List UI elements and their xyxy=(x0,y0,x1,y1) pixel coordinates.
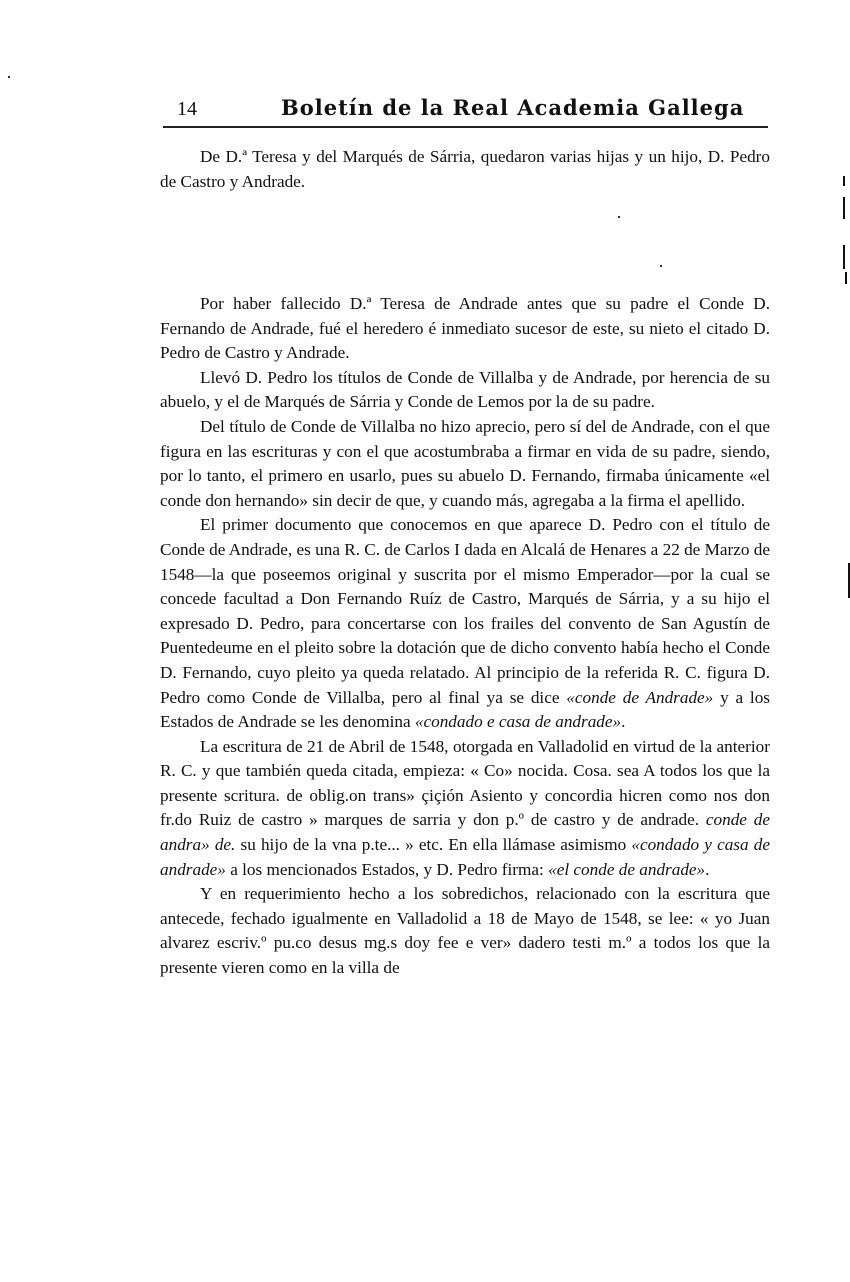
text-run: a los mencionados Estados, y D. Pedro fi… xyxy=(226,860,548,879)
italic-quote: «condado e casa de andrade» xyxy=(415,712,621,731)
scan-margin-mark xyxy=(845,272,847,284)
text-run: Llevó D. Pedro los títulos de Conde de V… xyxy=(160,368,770,412)
paragraph: Y en requerimiento hecho a los sobredich… xyxy=(160,882,770,980)
text-run: Y en requerimiento hecho a los sobredich… xyxy=(160,884,770,977)
text-run: De D.ª Teresa y del Marqués de Sárria, q… xyxy=(160,147,770,191)
scan-speck xyxy=(8,76,10,78)
scan-speck xyxy=(660,265,662,267)
text-run: . xyxy=(621,712,625,731)
text-run: Por haber fallecido D.ª Teresa de Andrad… xyxy=(160,294,770,362)
paragraph: La escritura de 21 de Abril de 1548, oto… xyxy=(160,735,770,883)
journal-title: Boletín de la Real Academia Gallega xyxy=(281,95,744,120)
scan-margin-mark xyxy=(843,245,845,269)
paragraph: El primer documento que conocemos en que… xyxy=(160,513,770,734)
italic-quote: «el conde de andrade» xyxy=(548,860,705,879)
text-block-main: Por haber fallecido D.ª Teresa de Andrad… xyxy=(160,292,770,981)
scan-margin-mark xyxy=(843,197,845,219)
running-header: 14 Boletín de la Real Academia Gallega xyxy=(163,92,768,128)
scan-margin-mark xyxy=(843,176,845,186)
text-run: su hijo de la vna p.te... » etc. En ella… xyxy=(235,835,631,854)
text-run: La escritura de 21 de Abril de 1548, oto… xyxy=(160,737,770,830)
text-block-top: De D.ª Teresa y del Marqués de Sárria, q… xyxy=(160,145,770,194)
page-number: 14 xyxy=(177,98,197,121)
paragraph: Del título de Conde de Villalba no hizo … xyxy=(160,415,770,513)
text-run: Del título de Conde de Villalba no hizo … xyxy=(160,417,770,510)
scanned-page: 14 Boletín de la Real Academia Gallega D… xyxy=(0,0,850,1282)
paragraph: Por haber fallecido D.ª Teresa de Andrad… xyxy=(160,292,770,366)
text-run: . xyxy=(705,860,709,879)
scan-speck xyxy=(618,216,620,218)
text-run: El primer documento que conocemos en que… xyxy=(160,515,770,706)
italic-quote: «conde de Andrade» xyxy=(566,688,713,707)
paragraph: Llevó D. Pedro los títulos de Conde de V… xyxy=(160,366,770,415)
paragraph: De D.ª Teresa y del Marqués de Sárria, q… xyxy=(160,145,770,194)
